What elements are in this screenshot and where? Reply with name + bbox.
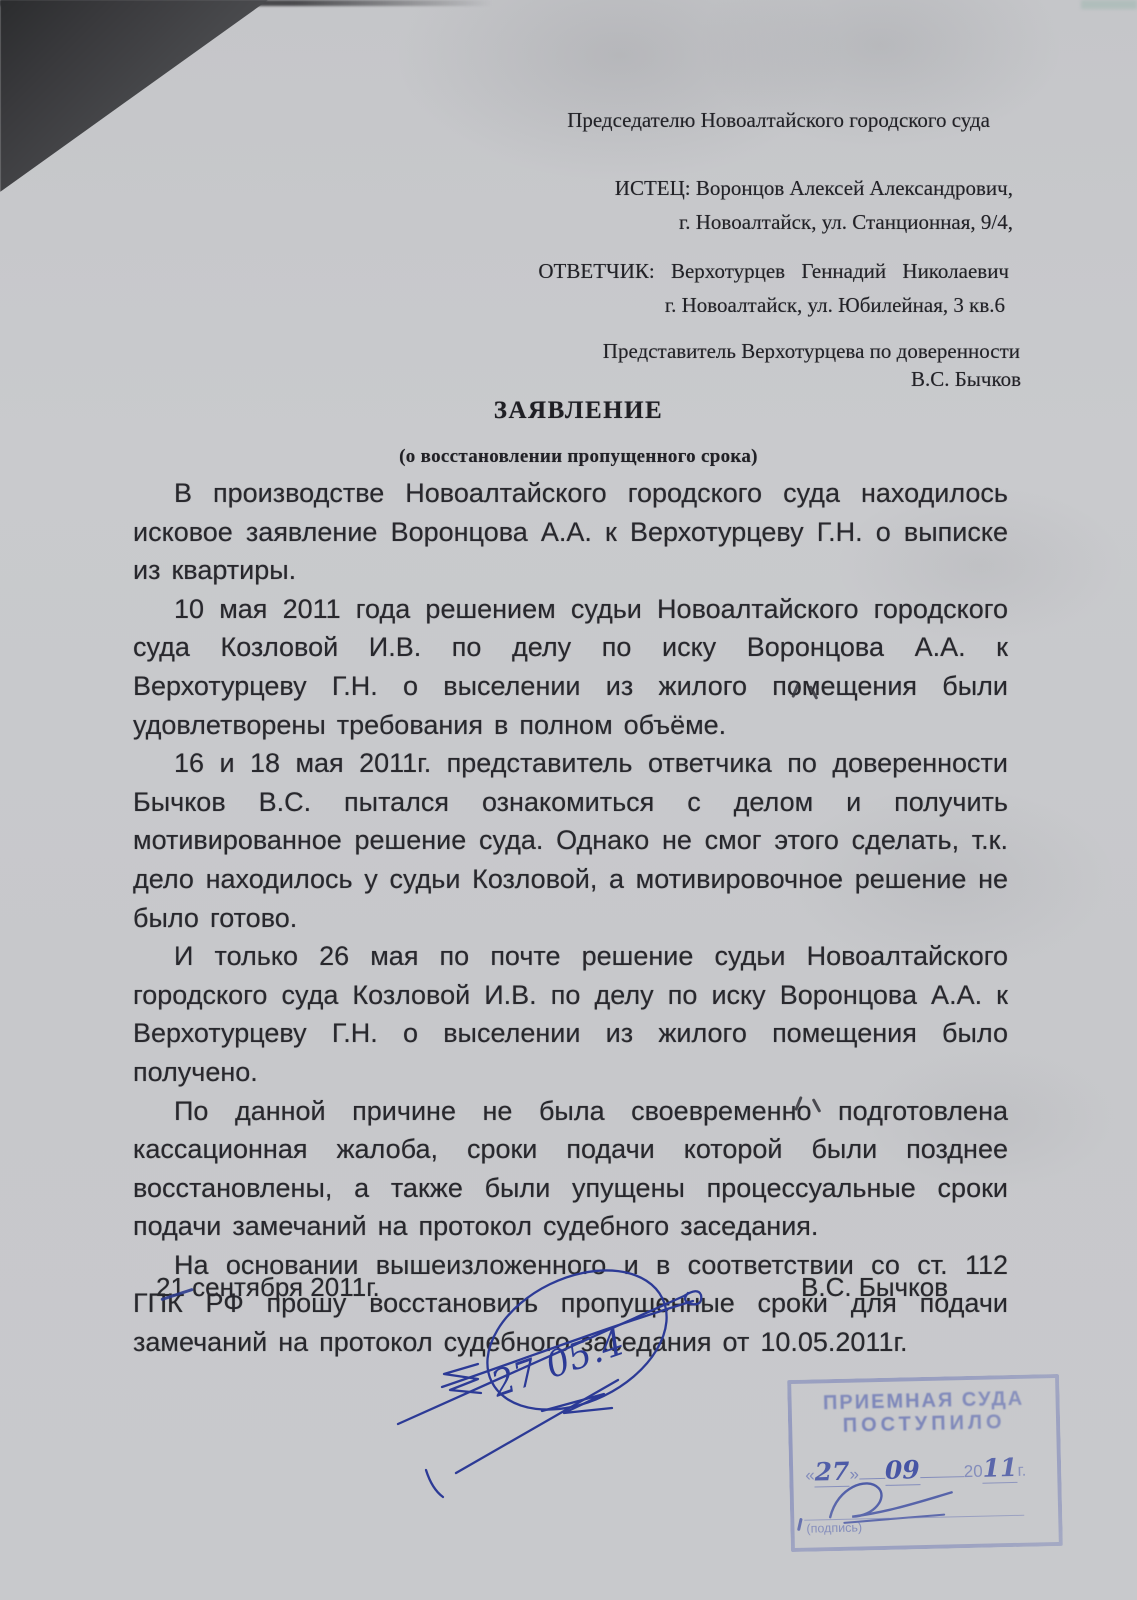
stamp-year-suffix: г. xyxy=(1017,1461,1026,1481)
stamp-year: 11 xyxy=(982,1453,1017,1484)
scanned-court-application: Председателю Новоалтайского городского с… xyxy=(0,0,1137,1600)
handwritten-signature: 27 05.4 xyxy=(392,1232,737,1507)
defendant-address: г. Новоалтайск, ул. Юбилейная, 3 кв.6 xyxy=(665,293,1005,318)
document-title: ЗАЯВЛЕНИЕ xyxy=(10,397,1137,425)
signing-name: В.С. Бычков xyxy=(801,1272,948,1303)
addressee-line: Председателю Новоалтайского городского с… xyxy=(567,108,990,133)
document-subtitle: (о восстановлении пропущенного срока) xyxy=(10,446,1137,468)
stamp-signature-caption: (подпись) xyxy=(806,1520,862,1535)
scan-corner-fold xyxy=(0,0,268,192)
representative-name: В.С. Бычков xyxy=(911,367,1021,392)
paragraph: По данной причине не была своевременно п… xyxy=(133,1092,1008,1246)
signing-date: 21 сентября 2011г. xyxy=(156,1272,380,1303)
paragraph: И только 26 мая по почте решение судьи Н… xyxy=(133,937,1008,1091)
stamp-pen-tick xyxy=(797,1518,802,1531)
scan-corner-tint xyxy=(1081,0,1137,9)
paragraph: В производстве Новоалтайского городского… xyxy=(133,474,1008,590)
stamp-received-line: ПОСТУПИЛО xyxy=(792,1410,1056,1439)
paragraph: 16 и 18 мая 2011г. представитель ответчи… xyxy=(133,744,1008,937)
defendant-line: ОТВЕТЧИК: Верхотурцев Геннадий Николаеви… xyxy=(538,259,1009,284)
document-body: В производстве Новоалтайского городского… xyxy=(133,474,1008,1362)
plaintiff-line: ИСТЕЦ: Воронцов Алексей Александрович, xyxy=(615,176,1013,201)
plaintiff-address: г. Новоалтайск, ул. Станционная, 9/4, xyxy=(679,210,1013,235)
court-reception-stamp: ПРИЕМНАЯ СУДА ПОСТУПИЛО « 27 » 09 20 11 … xyxy=(787,1374,1063,1552)
representative-line: Представитель Верхотурцева по довереннос… xyxy=(603,339,1020,364)
paragraph: 10 мая 2011 года решением судьи Новоалта… xyxy=(133,590,1008,744)
